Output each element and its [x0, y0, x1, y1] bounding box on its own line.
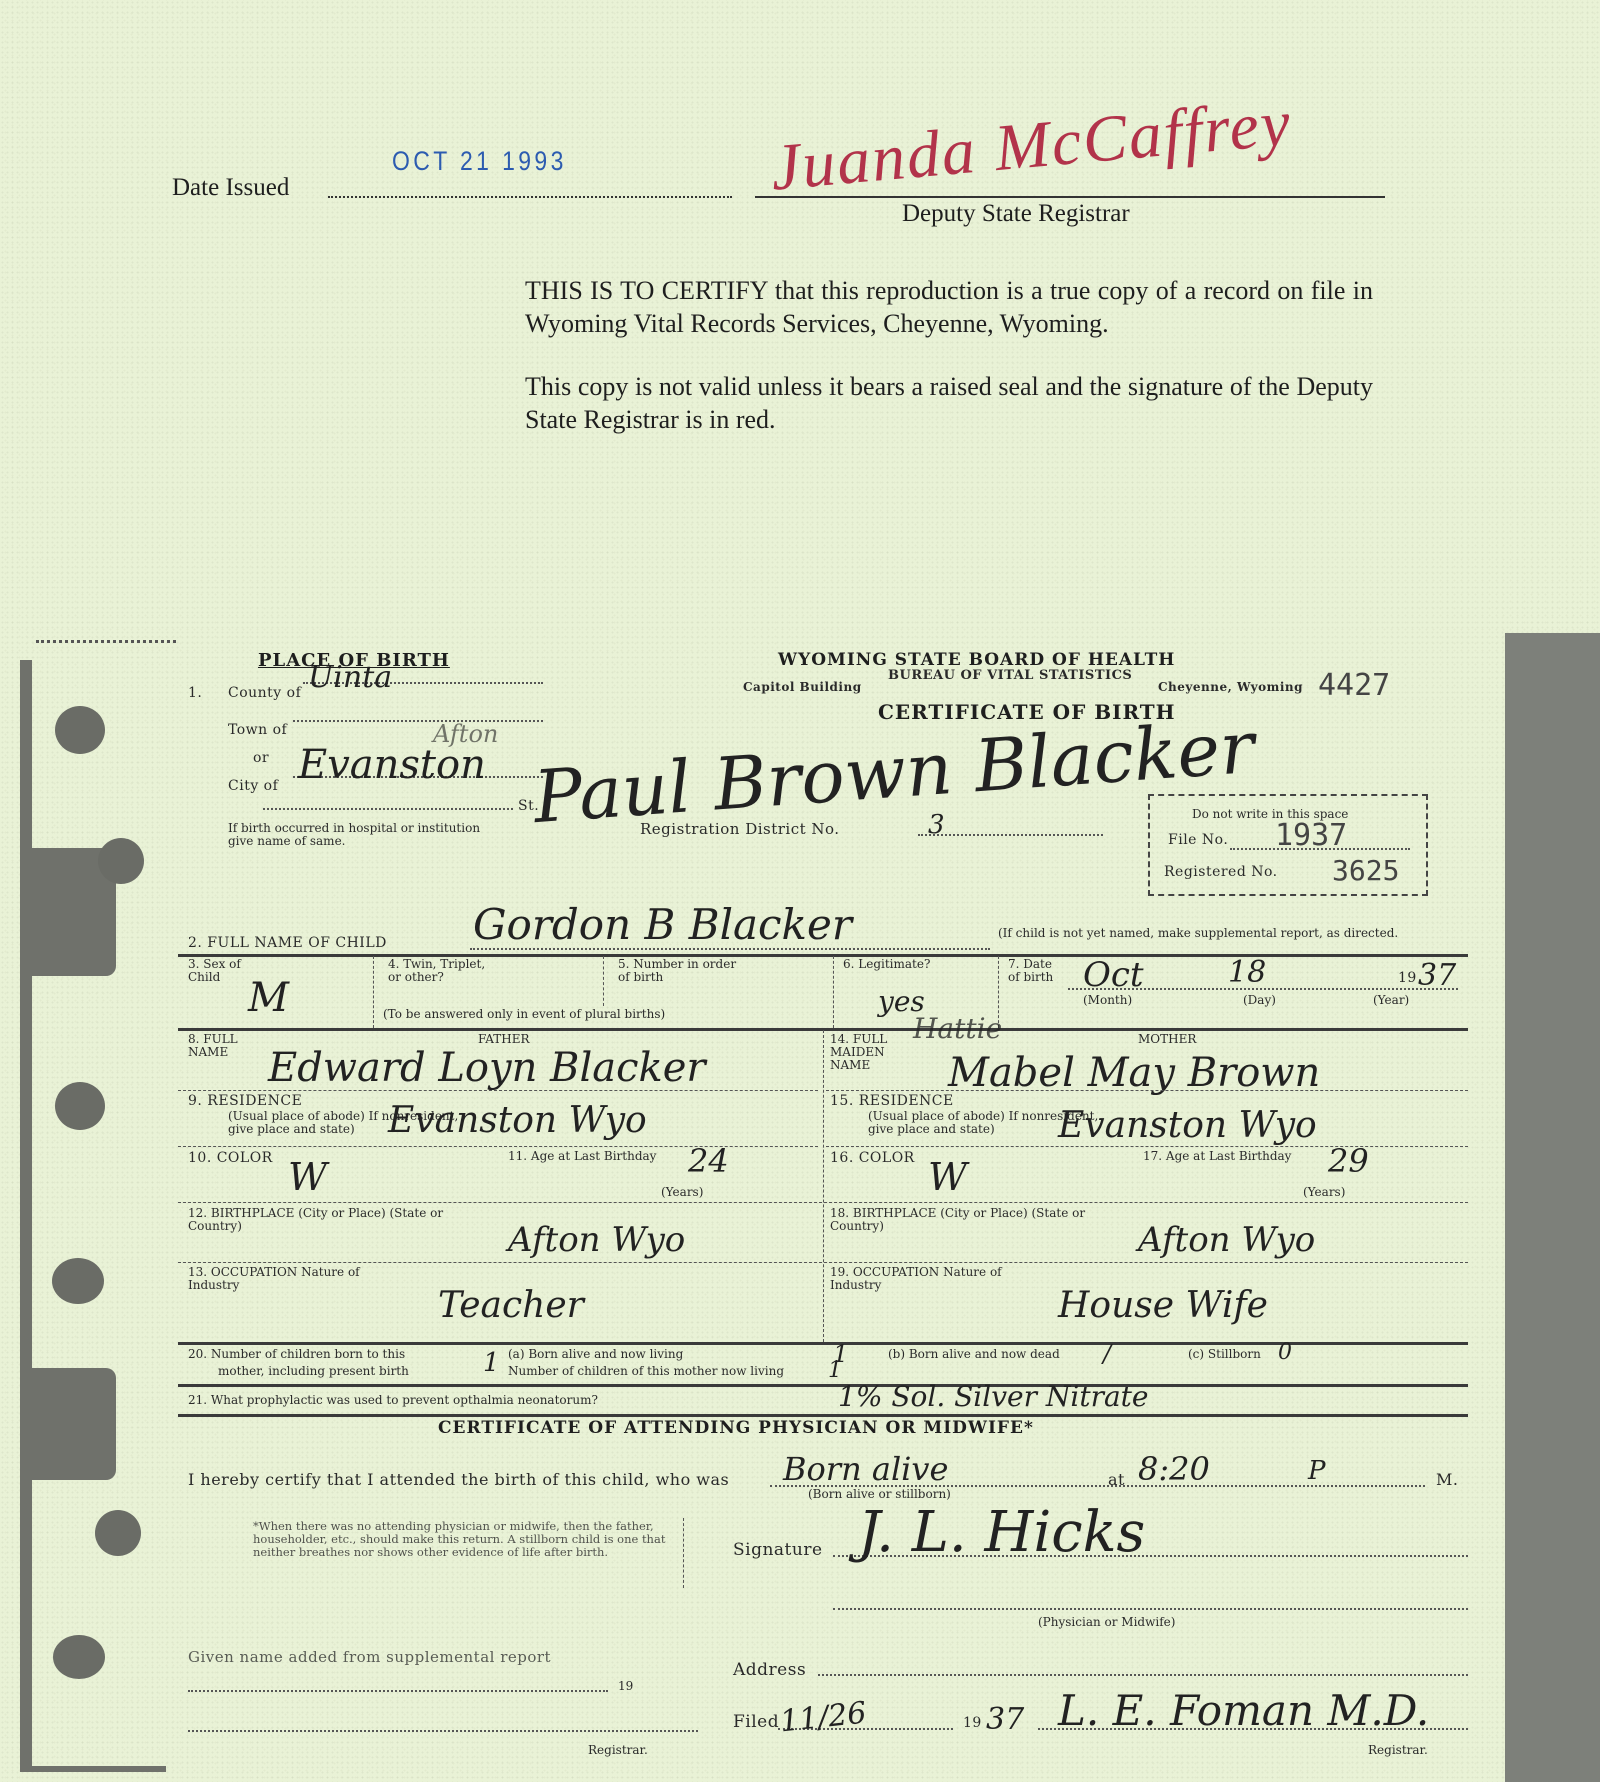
row-rule: [826, 1146, 1468, 1147]
county-value: Uinta: [308, 660, 392, 695]
signature-caption: (Physician or Midwife): [1038, 1616, 1175, 1629]
children-count-label-2: mother, including present birth: [218, 1365, 409, 1378]
registration-district-line: [918, 834, 1103, 836]
date-issued-label: Date Issued: [172, 174, 289, 202]
legitimate-label: 6. Legitimate?: [843, 958, 930, 971]
father-age-caption: (Years): [661, 1186, 703, 1199]
punch-hole: [55, 1082, 105, 1130]
father-age-label: 11. Age at Last Birthday: [508, 1150, 658, 1163]
born-alive-dead-label: (b) Born alive and now dead: [888, 1348, 1060, 1361]
street-line: [263, 808, 513, 810]
time-at-label: at: [1108, 1470, 1125, 1489]
punch-hole: [53, 1635, 105, 1679]
punch-hole: [95, 1510, 141, 1556]
father-birthplace-label: 12. BIRTHPLACE (City or Place) (State or…: [188, 1207, 458, 1233]
physician-name-line: [833, 1608, 1468, 1610]
filed-label: Filed: [733, 1712, 779, 1732]
birth-status-value: Born alive: [783, 1450, 948, 1488]
dob-month-value: Oct: [1083, 955, 1144, 995]
born-alive-living-label: (a) Born alive and now living: [508, 1348, 683, 1361]
signature-label: Signature: [733, 1540, 823, 1560]
child-name-value: Gordon B Blacker: [473, 900, 852, 949]
deputy-registrar-title: Deputy State Registrar: [902, 200, 1130, 228]
mother-section-label: MOTHER: [1138, 1033, 1196, 1046]
physician-statement: I hereby certify that I attended the bir…: [188, 1470, 729, 1489]
birth-order-label: 5. Number in order of birth: [618, 958, 738, 984]
filed-year-value: 37: [986, 1702, 1024, 1737]
father-name-value: Edward Loyn Blacker: [268, 1045, 706, 1091]
row-rule: [178, 1262, 1468, 1263]
children-total-value: 1: [483, 1348, 500, 1378]
section-rule: [178, 954, 1468, 957]
dob-year-value: 37: [1418, 958, 1456, 993]
office-use-box: Do not write in this space File No. 1937…: [1148, 794, 1428, 896]
binder-tab: [20, 1368, 116, 1480]
child-name-label: 2. FULL NAME OF CHILD: [188, 935, 387, 951]
mother-occupation-label: 19. OCCUPATION Nature of Industry: [830, 1266, 1010, 1292]
father-residence-label: 9. RESIDENCE: [188, 1093, 302, 1109]
town-line: [293, 720, 543, 722]
footnote-bracket: [683, 1518, 684, 1588]
column-divider: [373, 956, 374, 1028]
filing-registrar-signature: L. E. Foman M.D.: [1058, 1686, 1429, 1735]
date-issued-stamp: OCT 21 1993: [392, 146, 567, 177]
certificate-serial-number: 4427: [1318, 668, 1390, 703]
registered-no-value: 3625: [1332, 854, 1399, 887]
certify-paragraph: THIS IS TO CERTIFY that this reproductio…: [525, 274, 1373, 340]
county-label: County of: [228, 685, 301, 701]
born-alive-dead-value: /: [1103, 1340, 1111, 1368]
city-value: Evanston: [298, 742, 486, 788]
plural-birth-note: (To be answered only in event of plural …: [383, 1008, 665, 1021]
city-label: City of: [228, 778, 278, 794]
father-name-label: 8. FULL NAME: [188, 1033, 268, 1059]
cheyenne-wyoming: Cheyenne, Wyoming: [1158, 680, 1303, 694]
physician-section-title: CERTIFICATE OF ATTENDING PHYSICIAN OR MI…: [438, 1418, 1034, 1438]
registered-no-label: Registered No.: [1164, 864, 1278, 880]
day-caption: (Day): [1243, 994, 1276, 1007]
physician-signature: J. L. Hicks: [858, 1500, 1145, 1565]
supplemental-registrar-line: [188, 1730, 698, 1732]
prophylactic-value: 1% Sol. Silver Nitrate: [838, 1380, 1149, 1413]
father-birthplace-value: Afton Wyo: [508, 1220, 685, 1260]
bureau-name: BUREAU OF VITAL STATISTICS: [888, 668, 1132, 683]
mother-age-label: 17. Age at Last Birthday: [1143, 1150, 1293, 1163]
sex-value: M: [248, 975, 289, 1021]
supplemental-name-label: Given name added from supplemental repor…: [188, 1648, 551, 1666]
address-label: Address: [733, 1660, 806, 1680]
board-name: WYOMING STATE BOARD OF HEALTH: [778, 650, 1175, 670]
father-age-value: 24: [688, 1142, 729, 1180]
file-no-value: 1937: [1275, 818, 1347, 853]
town-label: Town of: [228, 722, 287, 738]
mother-birthplace-value: Afton Wyo: [1138, 1220, 1315, 1260]
mother-residence-label: 15. RESIDENCE: [830, 1093, 954, 1109]
dob-day-value: 18: [1228, 955, 1266, 990]
column-divider: [833, 956, 834, 1028]
unnamed-child-note: (If child is not yet named, make supplem…: [998, 927, 1468, 940]
father-color-label: 10. COLOR: [188, 1150, 273, 1166]
supplemental-year-prefix: 19: [618, 1680, 633, 1693]
date-of-birth-label: 7. Date of birth: [1008, 958, 1058, 984]
registration-district-label: Registration District No.: [640, 820, 840, 838]
supplemental-registrar-caption: Registrar.: [588, 1744, 648, 1757]
filed-year-prefix: 19: [963, 1715, 982, 1731]
section-rule: [178, 1342, 1468, 1345]
meridian-label: M.: [1436, 1470, 1458, 1489]
address-line: [818, 1674, 1468, 1676]
binder-strip: [20, 660, 32, 1770]
plural-birth-label: 4. Twin, Triplet, or other?: [388, 958, 498, 984]
binder-strip-bottom: [20, 1766, 166, 1772]
mother-name-correction: Hattie: [913, 1012, 1002, 1045]
birth-ampm-value: P: [1308, 1456, 1326, 1486]
date-issued-line: [328, 196, 732, 198]
certification-statement: THIS IS TO CERTIFY that this reproductio…: [525, 274, 1373, 466]
punch-hole: [98, 838, 144, 884]
children-living-label: Number of children of this mother now li…: [508, 1365, 784, 1378]
capitol-building: Capitol Building: [743, 680, 862, 694]
mother-color-value: W: [928, 1155, 967, 1199]
physician-footnote: *When there was no attending physician o…: [253, 1520, 673, 1559]
filing-registrar-caption: Registrar.: [1368, 1744, 1428, 1757]
mother-residence-value: Evanston Wyo: [1058, 1105, 1317, 1146]
row-rule: [826, 1090, 1468, 1091]
stillborn-label: (c) Stillborn: [1188, 1348, 1261, 1361]
parents-divider: [823, 1030, 824, 1342]
stillborn-value: 0: [1278, 1340, 1292, 1365]
mother-color-label: 16. COLOR: [830, 1150, 915, 1166]
punch-hole: [52, 1258, 104, 1304]
scan-margin-strip: [1505, 633, 1600, 1782]
dob-year-prefix: 19: [1398, 970, 1417, 986]
validity-paragraph: This copy is not valid unless it bears a…: [525, 370, 1373, 436]
mother-age-value: 29: [1328, 1142, 1369, 1180]
section-rule: [178, 1384, 1468, 1387]
hospital-note: If birth occurred in hospital or institu…: [228, 822, 508, 848]
father-occupation-value: Teacher: [438, 1285, 584, 1326]
mother-age-caption: (Years): [1303, 1186, 1345, 1199]
mother-occupation-value: House Wife: [1058, 1285, 1268, 1326]
month-caption: (Month): [1083, 994, 1132, 1007]
registration-district-value: 3: [928, 810, 945, 840]
supplemental-name-line: [188, 1690, 608, 1692]
file-no-label: File No.: [1168, 832, 1228, 848]
section-rule: [178, 1414, 1468, 1417]
year-caption: (Year): [1373, 994, 1409, 1007]
row-rule: [178, 1090, 818, 1091]
father-residence-value: Evanston Wyo: [388, 1100, 647, 1141]
item-number: 1.: [188, 685, 202, 701]
children-count-label: 20. Number of children born to this: [188, 1348, 405, 1361]
filed-date-value: 11/26: [778, 1696, 868, 1740]
birth-time-value: 8:20: [1138, 1450, 1210, 1488]
or-label: or: [253, 750, 269, 766]
father-occupation-label: 13. OCCUPATION Nature of Industry: [188, 1266, 368, 1292]
row-rule: [178, 1202, 1468, 1203]
photocopy-edge: [36, 640, 176, 643]
prophylactic-label: 21. What prophylactic was used to preven…: [188, 1394, 598, 1407]
mother-name-label: 14. FULL MAIDEN NAME: [830, 1033, 920, 1072]
mother-birthplace-label: 18. BIRTHPLACE (City or Place) (State or…: [830, 1207, 1100, 1233]
deputy-registrar-signature: Juanda McCaffrey: [768, 85, 1295, 206]
punch-hole: [55, 706, 105, 754]
column-divider: [603, 956, 604, 1006]
birth-certificate-form: PLACE OF BIRTH WYOMING STATE BOARD OF HE…: [178, 650, 1468, 1770]
father-color-value: W: [288, 1155, 327, 1199]
